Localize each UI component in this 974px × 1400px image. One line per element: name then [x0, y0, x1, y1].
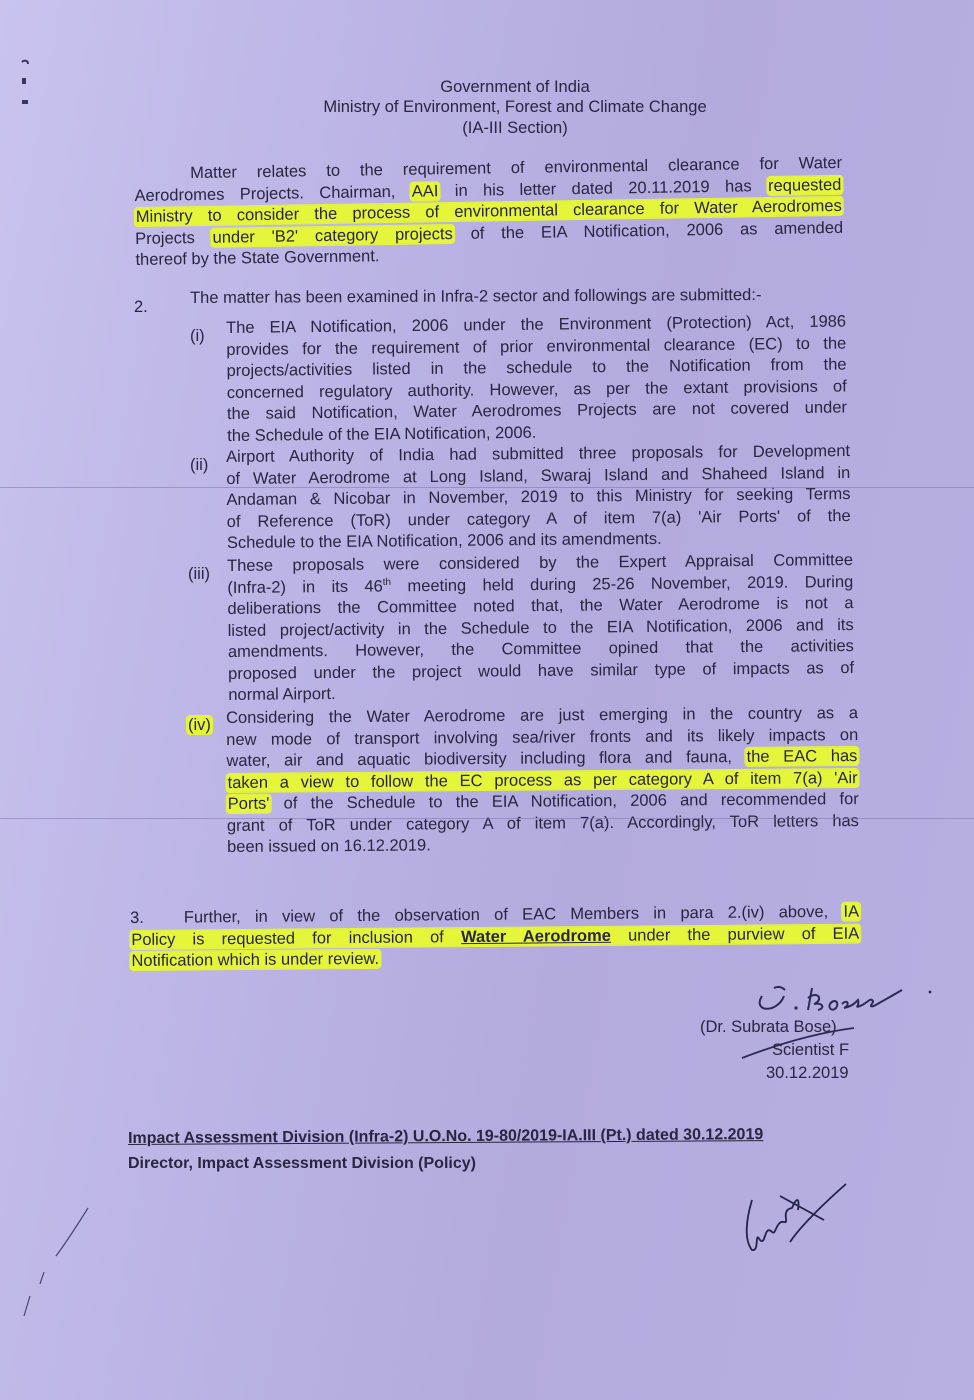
water-aerodrome-emphasis: Water Aerodrome: [461, 926, 611, 945]
item-iv-label: (iv): [187, 716, 212, 735]
fold-line: [0, 818, 974, 819]
item-i-label: (i): [190, 327, 205, 346]
header-section: (IA-III Section): [0, 118, 974, 139]
signature-bose-handwritten: [752, 982, 942, 1022]
highlight-aai: AAI: [411, 182, 440, 200]
paragraph-1: Matter relates to the requirement of env…: [134, 153, 844, 272]
initials-signature: [740, 1180, 860, 1260]
header-government: Government of India: [0, 77, 974, 98]
highlight-notification-review: Notification which is under review.: [130, 950, 380, 970]
document-page: Government of India Ministry of Environm…: [0, 0, 974, 1400]
item-ii-label: (ii): [190, 456, 208, 475]
margin-pencil-mark: [8, 1200, 98, 1320]
item-i-text: The EIA Notification, 2006 under the Env…: [226, 312, 847, 447]
item-iii-label: (iii): [188, 565, 210, 584]
highlight-air-ports: Ports': [227, 795, 271, 813]
fold-line: [0, 487, 974, 488]
highlight-ec-process: taken a view to follow the EC process as…: [227, 769, 859, 792]
item-iv-text: Considering the Water Aerodrome are just…: [226, 703, 859, 858]
signatory-designation: Scientist F: [772, 1041, 849, 1060]
item-ii-text: Airport Authority of India had submitted…: [226, 441, 851, 554]
header-ministry: Ministry of Environment, Forest and Clim…: [0, 97, 974, 118]
paragraph-2-number: 2.: [134, 298, 148, 317]
highlight-ia: IA: [842, 903, 860, 921]
paragraph-3: 3.Further, in view of the observation of…: [130, 902, 861, 973]
highlight-eac-has: the EAC has: [746, 747, 859, 766]
item-iii-text: These proposals were considered by the E…: [227, 550, 854, 707]
paragraph-2-intro: The matter has been examined in Infra-2 …: [190, 286, 761, 308]
reference-number: Impact Assessment Division (Infra-2) U.O…: [128, 1126, 763, 1148]
signature-date: 30.12.2019: [766, 1064, 849, 1083]
addressee: Director, Impact Assessment Division (Po…: [128, 1155, 476, 1173]
highlight-b2-category: under 'B2' category projects: [211, 224, 453, 246]
binder-hole-marks: [14, 56, 34, 116]
highlight-requested: requested: [767, 175, 843, 194]
